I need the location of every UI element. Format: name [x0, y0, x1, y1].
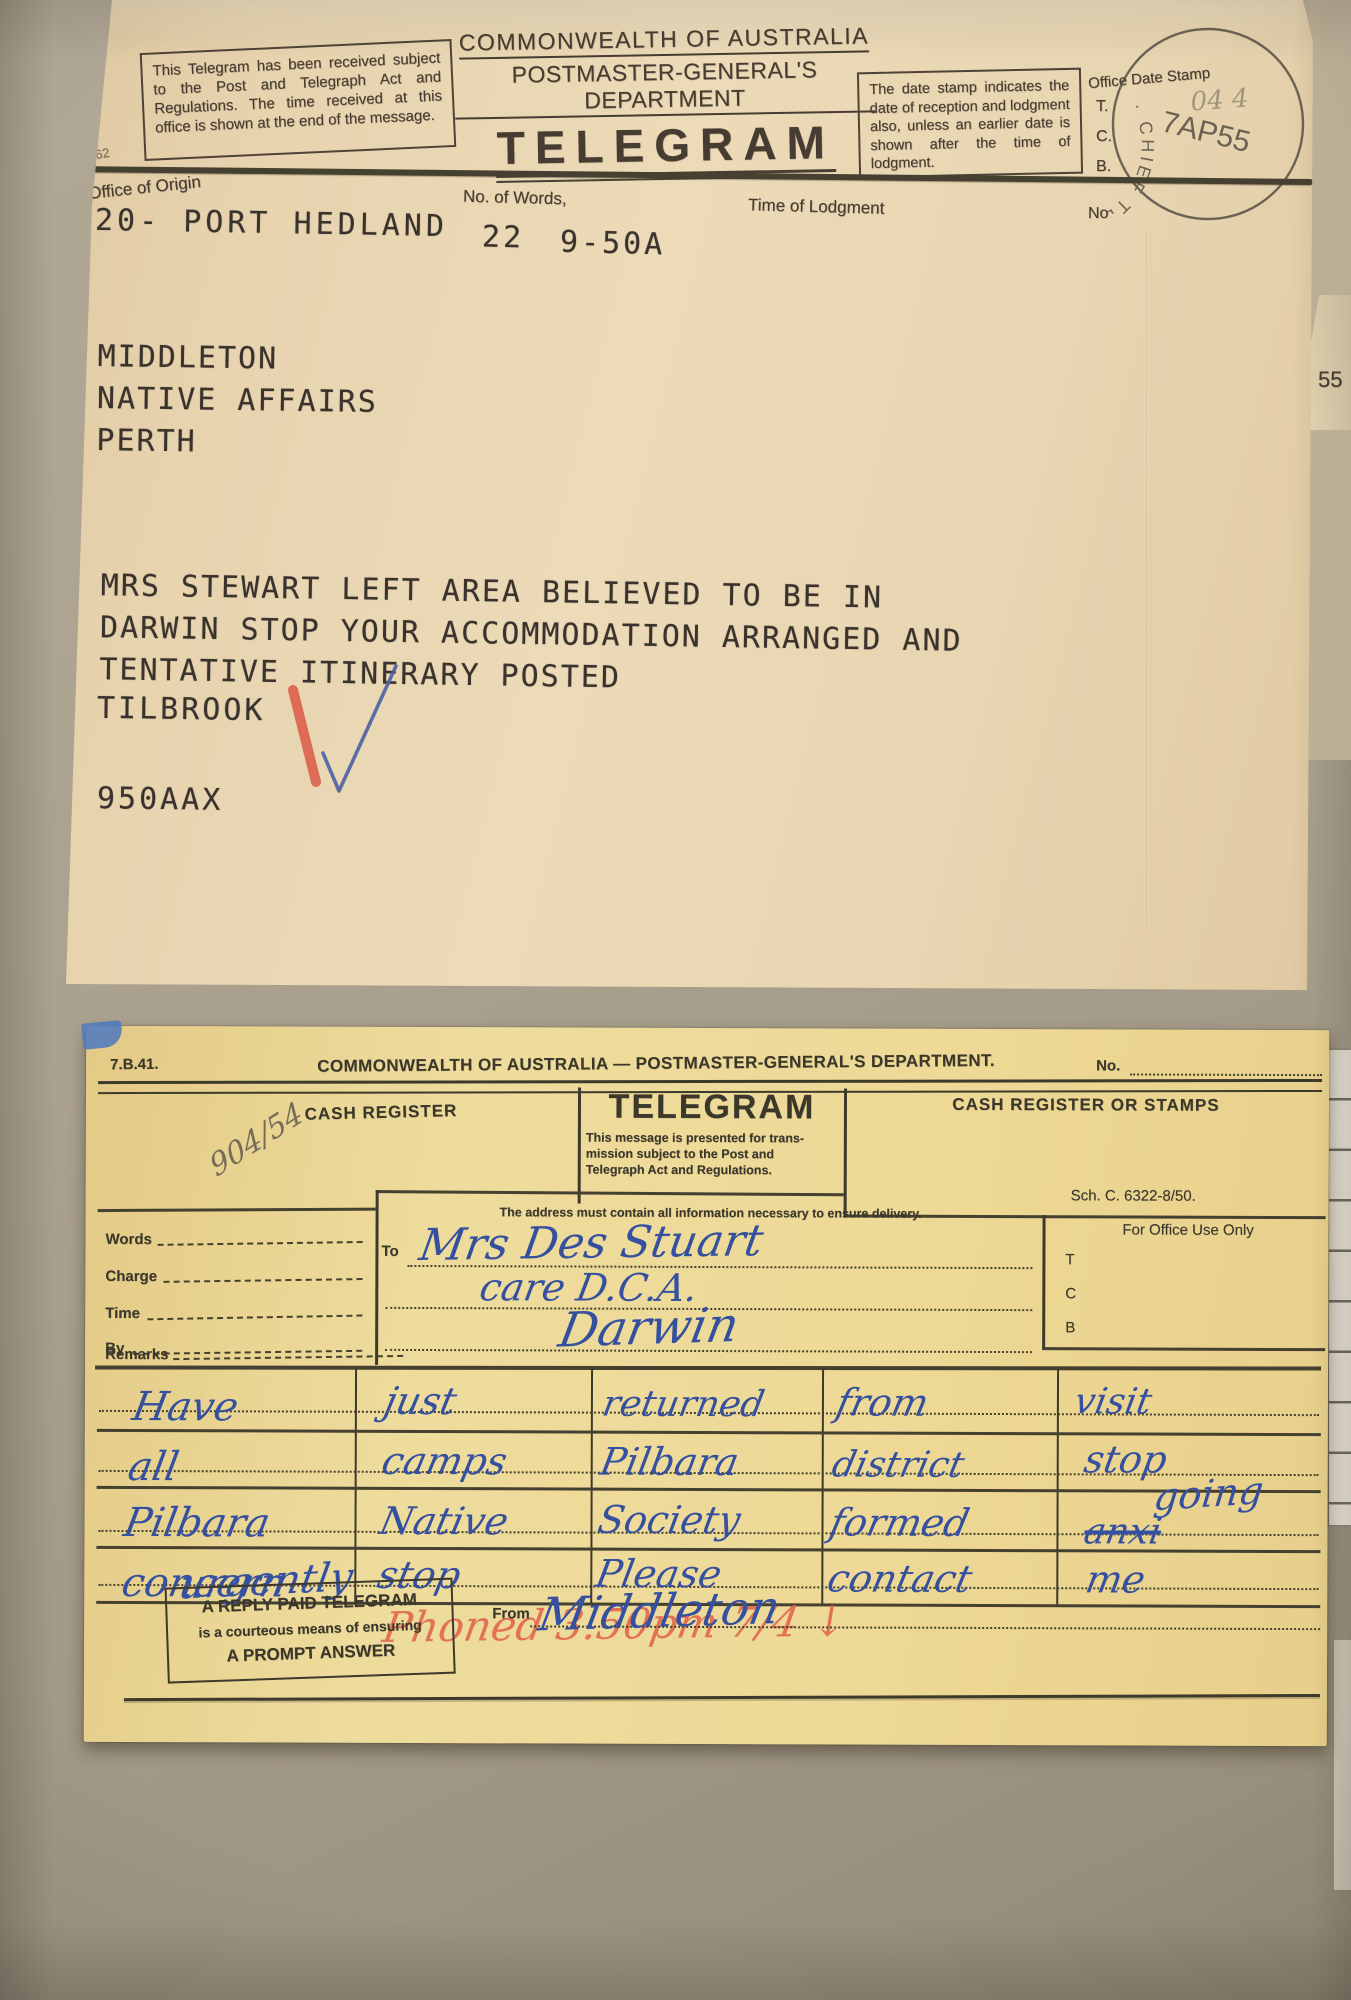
msg-word: camps: [378, 1439, 511, 1483]
paper-crease: [1146, 230, 1151, 930]
form-header-title: COMMONWEALTH OF AUSTRALIA — POSTMASTER-G…: [216, 1050, 1096, 1078]
red-slash-mark: [293, 690, 316, 782]
time-label: Time: [105, 1305, 140, 1322]
sch-ref: Sch. C. 6322-8/50.: [1071, 1187, 1196, 1204]
from-handwriting: Middleton: [535, 1580, 785, 1641]
annotation-marks: [0, 0, 600, 990]
blue-check-mark: [323, 666, 396, 791]
cash-register-label: CASH REGISTER: [196, 1098, 566, 1127]
grid-top-rule: [95, 1365, 1321, 1370]
ruled-paper-edge: [1329, 1050, 1351, 1525]
time-line: [147, 1299, 362, 1321]
form-number: 7.B.41.: [110, 1056, 159, 1074]
blue-corner-mark: [81, 1020, 123, 1050]
top-telegram-sheet: This Telegram has been received subject …: [0, 0, 1351, 990]
msg-word: just: [380, 1379, 461, 1423]
rule-to-box-top: [376, 1190, 844, 1196]
telegram-notice-line: Telegraph Act and Regulations.: [586, 1162, 840, 1179]
msg-word: Society: [595, 1498, 744, 1542]
to-handwriting-name: Mrs Des Stuart: [416, 1215, 767, 1271]
bottom-telegram-form: 904/54 7.B.41. COMMONWEALTH OF AUSTRALIA…: [84, 1026, 1329, 1746]
charge-label: Charge: [105, 1268, 157, 1285]
msg-word: Have: [129, 1384, 242, 1430]
msg-word: visit: [1071, 1381, 1155, 1422]
from-label: From: [492, 1605, 530, 1622]
remarks-line: [173, 1339, 403, 1360]
form-bottom-rule: [124, 1694, 1320, 1701]
office-use-b: B: [1065, 1319, 1075, 1336]
form-telegram-notice: This message is presented for trans- mis…: [586, 1130, 840, 1179]
divider-left-box: [578, 1088, 581, 1204]
msg-word: Pilbara: [120, 1500, 273, 1546]
photographed-telegram-documents: 55 This Telegram has been received subje…: [0, 0, 1351, 2000]
words-line: [157, 1225, 362, 1246]
divider-right-box: [844, 1088, 847, 1216]
to-handwriting-city: Darwin: [555, 1297, 744, 1358]
reply-paid-box: A REPLY PAID TELEGRAM is a courteous mea…: [165, 1578, 456, 1684]
to-label: To: [381, 1243, 398, 1260]
remarks-label: Remarks: [105, 1346, 168, 1363]
msg-word: Pilbara: [597, 1440, 743, 1484]
form-telegram-title: TELEGRAM: [583, 1088, 841, 1128]
charge-line: [163, 1262, 362, 1283]
msg-word: Native: [376, 1499, 513, 1543]
edge-page-number: 55: [1318, 367, 1342, 393]
msg-word: district: [828, 1444, 968, 1485]
postmark-ring-text: · CHIEF TELEGRAPH OFFICE · PERTH ·: [1075, 29, 1179, 257]
msg-word: me: [1082, 1557, 1148, 1601]
office-use-bottom-rule: [1042, 1347, 1325, 1351]
telegram-notice-line: This message is presented for trans-: [586, 1130, 840, 1147]
form-no-line: [1130, 1055, 1322, 1076]
words-label: Words: [105, 1231, 151, 1248]
date-stamp-notice-box: The date stamp indicates the date of rec…: [857, 68, 1083, 179]
cash-register-or-stamps-label: CASH REGISTER OR STAMPS: [856, 1095, 1316, 1117]
office-use-t: T: [1065, 1251, 1074, 1268]
no-label: No: [1088, 205, 1108, 223]
msg-word: from: [832, 1380, 933, 1424]
rule-left-fields-top: [98, 1208, 376, 1212]
divider-office-use: [1042, 1215, 1045, 1349]
telegram-notice-line: mission subject to the Post and: [586, 1146, 840, 1163]
msg-word: formed: [826, 1500, 973, 1544]
time-of-lodgment-label: Time of Lodgment: [748, 195, 885, 219]
office-use-label: For Office Use Only: [1051, 1221, 1326, 1239]
form-no-label: No.: [1096, 1057, 1120, 1074]
ruled-paper-edge-lower: [1334, 1640, 1351, 1890]
postmark-chief-telegraph-office-perth: · CHIEF TELEGRAPH OFFICE · PERTH · 7AP55…: [1075, 0, 1342, 257]
postmark-pencil-scribble: 04 4: [1190, 84, 1250, 118]
grid-solid-1: [97, 1429, 1321, 1436]
svg-text:· CHIEF TELEGRAPH OFFICE · PER: · CHIEF TELEGRAPH OFFICE · PERTH ·: [1075, 29, 1179, 257]
date-stamp-notice-text: The date stamp indicates the date of rec…: [869, 78, 1070, 172]
msg-word: all: [125, 1444, 183, 1490]
grid-solid-2: [97, 1486, 1321, 1493]
msg-word: returned: [599, 1384, 767, 1426]
msg-word: contact: [824, 1556, 977, 1600]
office-use-c: C: [1065, 1285, 1076, 1302]
msg-word: going: [1152, 1468, 1266, 1519]
